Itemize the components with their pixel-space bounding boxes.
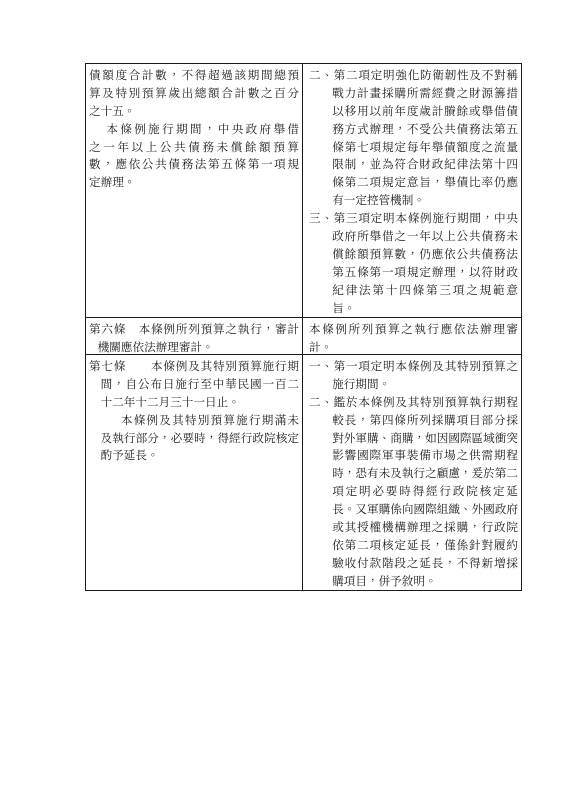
text-line: 條第二項規定意旨，舉債比率仍應: [309, 174, 518, 192]
text-line: 一、第一項定明本條例及其特別預算之: [309, 358, 518, 376]
text-line: 之一年以上公共債務未償餘額預算: [89, 139, 299, 157]
text-line: 務方式辦理，不受公共債務法第五: [309, 121, 518, 139]
text-line: 購項目，併予敘明。: [309, 573, 518, 590]
text-line: 對外軍購、商購，如因國際區域衝突: [309, 430, 518, 448]
text-line: 數，應依公共債務法第五條第一項規: [89, 156, 299, 174]
text-line: 間，自公布日施行至中華民國一百二: [89, 376, 299, 394]
text-line: 及執行部分，必要時，得經行政院核定: [89, 430, 299, 448]
text-line: 或其授權機構辦理之採購，行政院: [309, 519, 518, 537]
text-line: 定辦理。: [89, 174, 299, 192]
text-line: 償餘額預算數，仍應依公共債務法: [309, 246, 518, 264]
text-line: 依第二項核定延長，僅係針對履約: [309, 537, 518, 555]
text-line: 以移用以前年度歲計賸餘或舉借債: [309, 103, 518, 121]
text-line: 政府所舉借之一年以上公共債務未: [309, 228, 518, 246]
text-line: 影響國際軍事裝備市場之供需期程: [309, 447, 518, 465]
table-row: 債額度合計數，不得超過該期間總預算及特別預算歲出總額合計數之百分之十五。本條例施…: [86, 64, 521, 317]
text-line: 債額度合計數，不得超過該期間總預: [89, 67, 299, 85]
comparison-table: 債額度合計數，不得超過該期間總預算及特別預算歲出總額合計數之百分之十五。本條例施…: [85, 63, 522, 591]
text-line: 較長，第四條所列採購項目部分採: [309, 412, 518, 430]
text-line: 十二年十二月三十一日止。: [89, 394, 299, 412]
explanation-cell: 二、第二項定明強化防衛韌性及不對稱戰力計畫採購所需經費之財源籌措以移用以前年度歲…: [303, 64, 521, 317]
text-line: 有一定控管機制。: [309, 192, 518, 210]
explanation-cell: 一、第一項定明本條例及其特別預算之施行期間。二、鑑於本條例及其特別預算執行期程較…: [303, 355, 521, 590]
provision-cell: 第七條 本條例及其特別預算施行期間，自公布日施行至中華民國一百二十二年十二月三十…: [86, 355, 303, 590]
text-line: 機關應依法辦理審計。: [89, 339, 299, 354]
text-line: 施行期間。: [309, 376, 518, 394]
text-line: 限制，並為符合財政紀律法第十四: [309, 156, 518, 174]
text-line: 本條例所列預算之執行應依法辦理審: [309, 321, 518, 339]
text-line: 條第七項規定每年舉債額度之流量: [309, 139, 518, 157]
text-line: 算及特別預算歲出總額合計數之百分: [89, 85, 299, 103]
text-line: 三、第三項定明本條例施行期間，中央: [309, 210, 518, 228]
text-line: 本條例及其特別預算施行期滿未: [89, 412, 299, 430]
text-line: 之十五。: [89, 103, 299, 121]
text-line: 本條例施行期間，中央政府舉借: [89, 121, 299, 139]
text-line: 二、鑑於本條例及其特別預算執行期程: [309, 394, 518, 412]
text-line: 戰力計畫採購所需經費之財源籌措: [309, 85, 518, 103]
text-line: 第七條 本條例及其特別預算施行期: [89, 358, 299, 376]
table-row: 第七條 本條例及其特別預算施行期間，自公布日施行至中華民國一百二十二年十二月三十…: [86, 354, 521, 590]
provision-cell: 債額度合計數，不得超過該期間總預算及特別預算歲出總額合計數之百分之十五。本條例施…: [86, 64, 303, 317]
text-line: 第六條 本條例所列預算之執行，審計: [89, 321, 299, 339]
text-line: 驗收付款階段之延長，不得新增採: [309, 555, 518, 573]
text-line: 第五條第一項規定辦理，以符財政: [309, 264, 518, 282]
table-row: 第六條 本條例所列預算之執行，審計機關應依法辦理審計。本條例所列預算之執行應依法…: [86, 317, 521, 354]
text-line: 長。又軍購係向國際組織、外國政府: [309, 501, 518, 519]
document-page: 債額度合計數，不得超過該期間總預算及特別預算歲出總額合計數之百分之十五。本條例施…: [0, 0, 588, 785]
provision-cell: 第六條 本條例所列預算之執行，審計機關應依法辦理審計。: [86, 318, 303, 354]
text-line: 旨。: [309, 300, 518, 317]
text-line: 時，恐有未及執行之顧慮，爰於第二: [309, 465, 518, 483]
explanation-cell: 本條例所列預算之執行應依法辦理審計。: [303, 318, 521, 354]
text-line: 紀律法第十四條第三項之規範意: [309, 282, 518, 300]
text-line: 項定明必要時得經行政院核定延: [309, 483, 518, 501]
text-line: 酌予延長。: [89, 447, 299, 465]
text-line: 二、第二項定明強化防衛韌性及不對稱: [309, 67, 518, 85]
text-line: 計。: [309, 339, 518, 354]
